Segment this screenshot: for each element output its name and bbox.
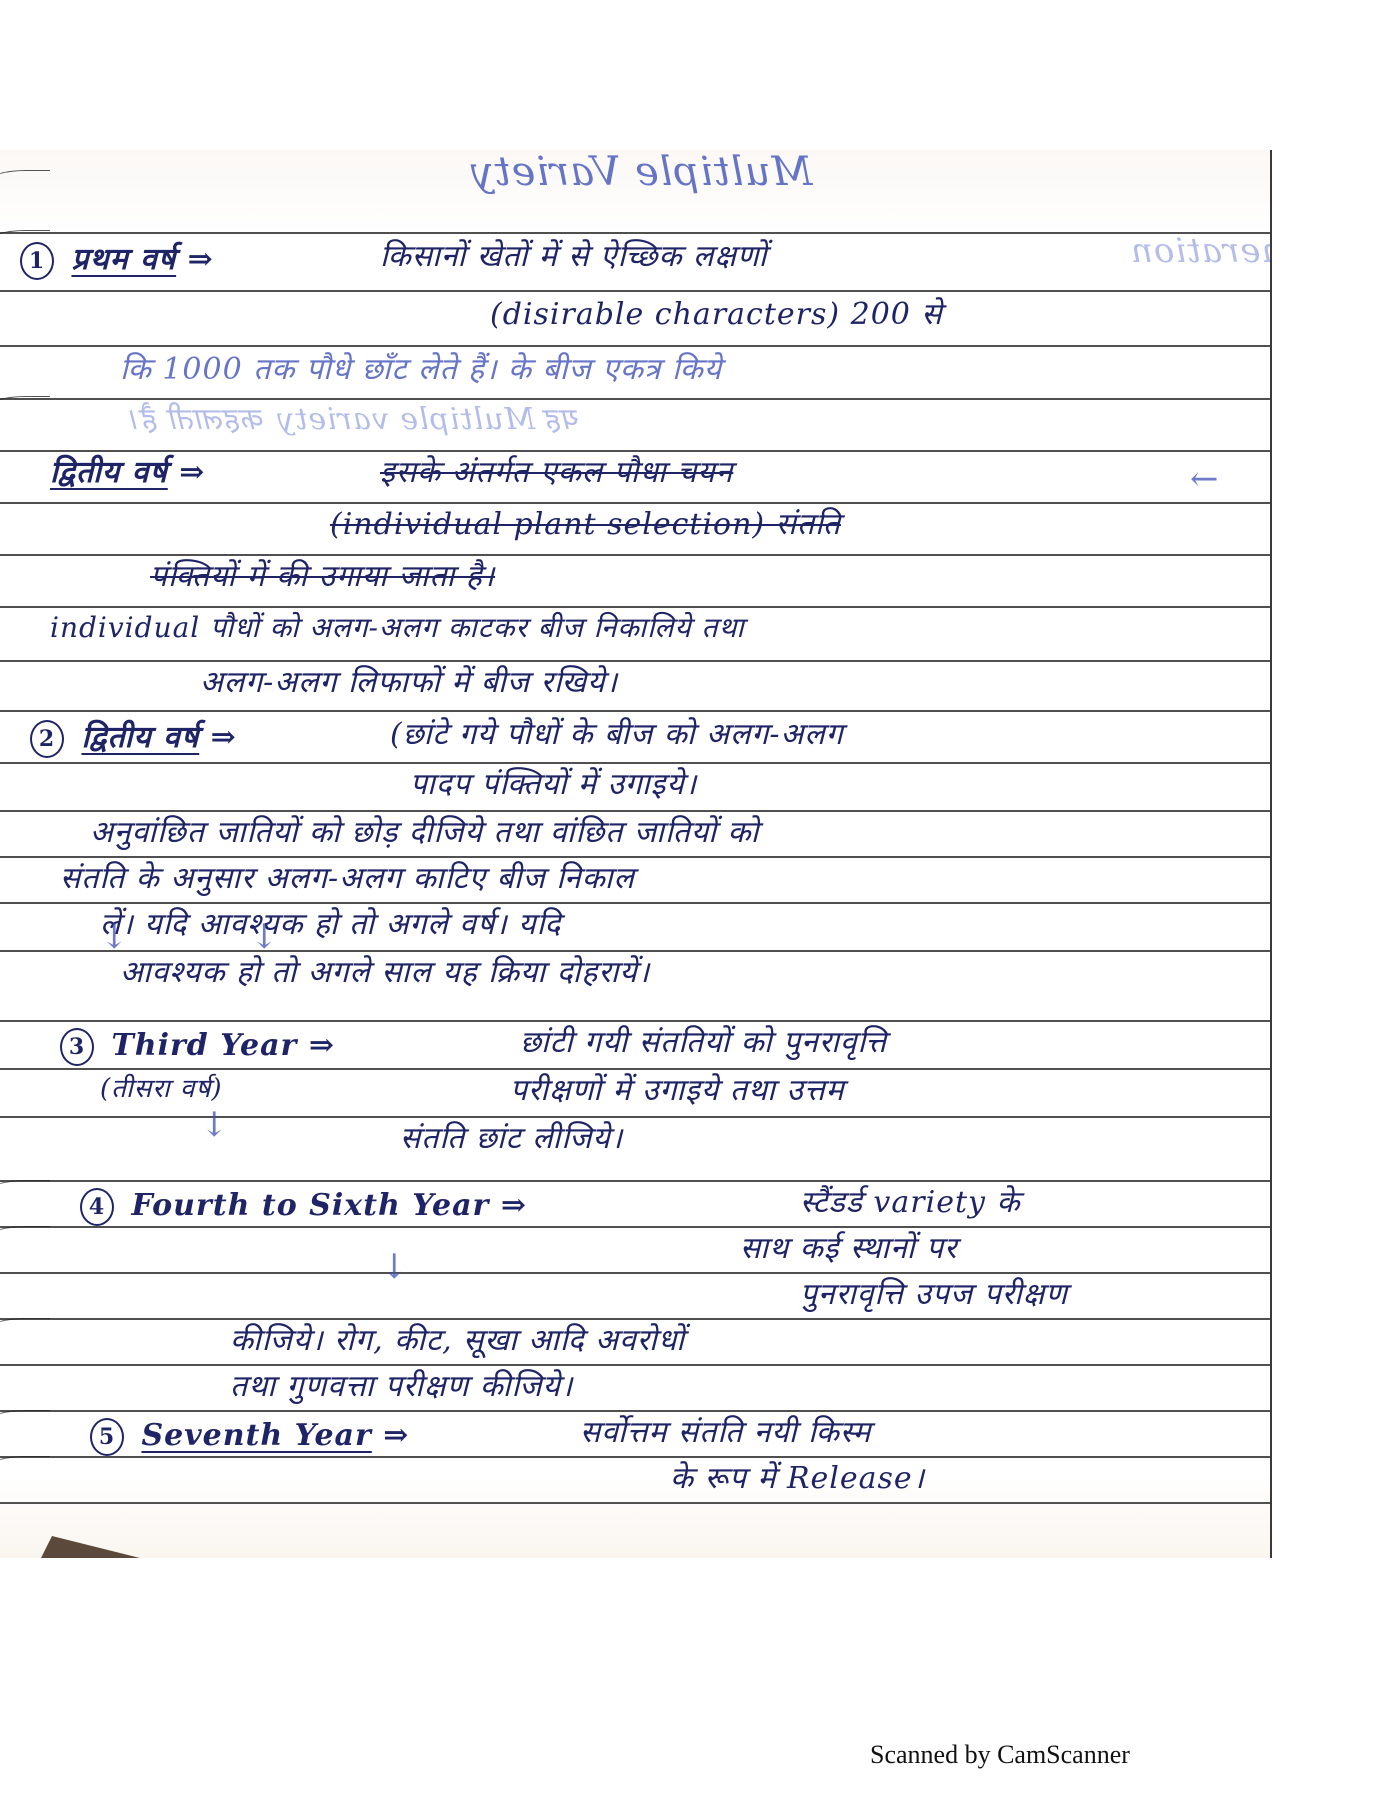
section-1b-line-3: पंक्तियों में की उगाया जाता है। [150,562,495,592]
section-1b-line-2: (individual plant selection) संतति [330,510,841,540]
section-1-line-3: कि 1000 तक पौधे छाँट लेते हैं। के बीज एक… [120,355,722,385]
arrow-down-icon: ↓ [250,920,280,954]
section-2-line-1: (छांटे गये पौधों के बीज को अलग-अलग [390,720,844,750]
section-3-heading: 3 Third Year ⇒ [60,1028,335,1066]
section-1-line-1: किसानों खेतों में से ऐच्छिक लक्षणों [380,242,767,272]
section-4-line-2: साथ कई स्थानों पर [740,1234,957,1264]
section-4-line-4: कीजिये। रोग, कीट, सूखा आदि अवरोधों [230,1326,685,1356]
section-1-heading: 1 प्रथम वर्ष ⇒ [20,242,214,280]
arrow-down-icon: ↓ [100,920,130,954]
section-2-line-2: पादप पंक्तियों में उगाइये। [410,770,697,800]
section-1b-line-5: अलग-अलग लिफाफों में बीज रखिये। [200,668,618,698]
scanner-watermark: Scanned by CamScanner [870,1740,1130,1770]
section-1b-heading: द्वितीय वर्ष ⇒ [50,458,205,488]
section-1b-line-1: इसके अंतर्गत एकल पौधा चयन [380,458,733,488]
section-4-line-3: पुनरावृत्ति उपज परीक्षण [800,1280,1068,1310]
section-4-line-5: तथा गुणवत्ता परीक्षण कीजिये। [230,1372,573,1402]
section-3-line-1: छांटी गयी संततियों को पुनरावृत्ति [520,1028,887,1058]
section-5-heading: 5 Seventh Year ⇒ [90,1418,409,1456]
section-5-line-2: के रूप में Release। [670,1464,925,1494]
section-2-line-4: संतति के अनुसार अलग-अलग काटिए बीज निकाल [60,864,635,894]
section-1b-line-4: individual पौधों को अलग-अलग काटकर बीज नि… [50,614,745,642]
arrow-down-icon: ↓ [200,1108,230,1142]
section-3-subheading: (तीसरा वर्ष) [100,1076,223,1102]
section-1-line-2: (disirable characters) 200 से [490,300,943,330]
margin-note: Multiple Variety [470,152,812,192]
notebook-page-scan: Multiple Variety Multiple Generation 1 प… [0,150,1272,1558]
section-4-heading: 4 Fourth to Sixth Year ⇒ [80,1188,527,1226]
arrow-down-icon: ↓ [380,1250,410,1284]
section-2-heading: 2 द्वितीय वर्ष ⇒ [30,720,237,758]
section-5-line-1: सर्वोत्तम संतति नयी किस्म [580,1418,872,1448]
section-3-line-3: संतति छांट लीजिये। [400,1124,623,1154]
section-4-line-1: स्टैंडर्ड variety के [800,1188,1021,1218]
section-2-line-5: लें। यदि आवश्यक हो तो अगले वर्ष। यदि [100,910,561,940]
section-2-line-3: अनुवांछित जातियों को छोड़ दीजिये तथा वां… [90,818,759,848]
section-1-line-4: यह Multiple variety कहलाती है। [130,405,581,435]
arrow-left-icon: ← [1190,462,1220,496]
section-2-line-6: आवश्यक हो तो अगले साल यह क्रिया दोहरायें… [120,958,650,988]
section-3-line-2: परीक्षणों में उगाइये तथा उत्तम [510,1076,845,1106]
side-note: Multiple Generation [1130,234,1272,268]
